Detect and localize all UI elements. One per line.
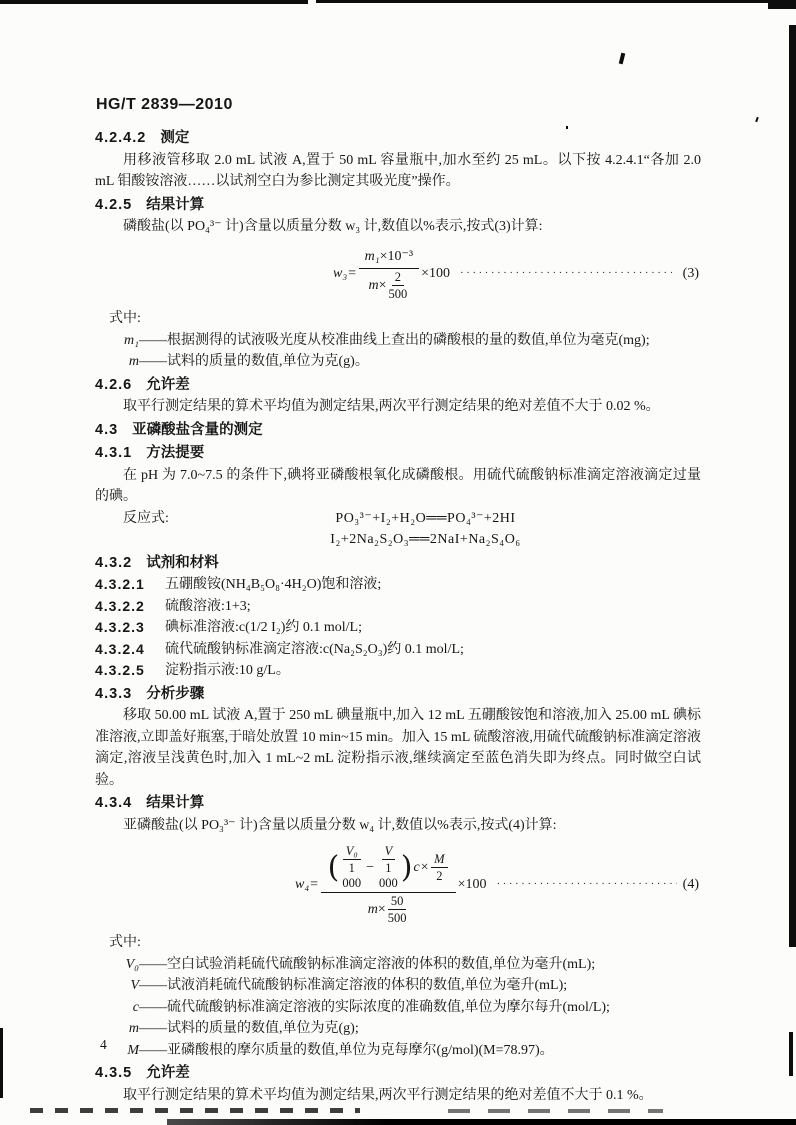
variable-M: M: [431, 852, 447, 868]
formula-3: w₃= m₁×10⁻³ m× 2 500 ×100 ·············: [95, 246, 701, 303]
heading-title: 允许差: [146, 1063, 190, 1085]
heading-number: 4.3.2: [95, 553, 132, 575]
fraction-m2: M 2: [431, 852, 447, 884]
fraction-numerator: ( V₀ 1 000 − V 1 000 ) c× M: [321, 844, 456, 893]
times-sign: ×: [379, 275, 387, 297]
heading-number: 4.3: [95, 420, 118, 442]
variable-m1: m₁: [365, 246, 380, 268]
variable-v: V: [382, 844, 396, 860]
definition-row: m ——试料的质量的数值,单位为克(g)。: [95, 351, 701, 373]
reaction-equation-2: I₂+2Na₂S₂O₃══2NaI+Na₂S₄O₆: [150, 529, 701, 551]
standard-number-header: HG/T 2839—2010: [96, 94, 233, 116]
paragraph-tolerance-1: 取平行测定结果的算术平均值为测定结果,两次平行测定结果的绝对差值不大于 0.02…: [95, 396, 701, 418]
reagent-text: 碘标准溶液:c(1/2 I₂)约 0.1 mol/L;: [165, 617, 362, 639]
scan-artifact-speck: [619, 53, 626, 65]
formula-3-expression: w₃= m₁×10⁻³ m× 2 500 ×100: [333, 246, 450, 303]
dot-leader: ········································…: [497, 874, 677, 896]
variable-v0: V₀: [343, 844, 361, 860]
fraction-inner: 2 500: [389, 270, 408, 302]
definition-term: m: [95, 351, 139, 373]
heading-number: 4.3.5: [95, 1063, 132, 1085]
inner-numerator: 50: [388, 894, 407, 910]
paragraph-formula4-intro: 亚磷酸盐(以 PO₃³⁻ 计)含量以质量分数 w₄ 计,数值以%表示,按式(4)…: [95, 815, 701, 837]
heading-title: 测定: [160, 128, 189, 150]
heading-number: 4.3.4: [95, 793, 132, 815]
heading-43: 4.3 亚磷酸盐含量的测定: [95, 420, 701, 442]
reagent-text: 五硼酸铵(NH₄B₅O₈·4H₂O)饱和溶液;: [165, 574, 381, 596]
multiply-100: ×100: [458, 874, 487, 896]
fraction-v0: V₀ 1 000: [342, 844, 361, 891]
variable-m: m: [369, 275, 379, 297]
fraction-main: m₁×10⁻³ m× 2 500: [359, 246, 419, 303]
heading-title: 结果计算: [146, 195, 204, 217]
where-label: 式中:: [95, 932, 701, 954]
fraction-50-500: 50 500: [388, 894, 407, 926]
denominator-1000: 1 000: [379, 860, 398, 891]
equation-label: (3): [683, 263, 699, 285]
dot-leader: ········································…: [460, 263, 677, 285]
definition-desc: ——试液消耗硫代硫酸钠标准滴定溶液的体积的数值,单位为毫升(mL);: [139, 975, 701, 997]
formula-lhs: w₄=: [295, 874, 319, 896]
definition-row: m₁ ——根据测得的试液吸光度从校准曲线上查出的磷酸根的量的数值,单位为毫克(m…: [95, 330, 701, 352]
page-number: 4: [100, 1034, 107, 1056]
scan-artifact-speck: [566, 126, 568, 129]
heading-title: 亚磷酸盐含量的测定: [132, 420, 263, 442]
formula-lhs: w₃=: [333, 263, 357, 285]
paragraph-formula3-intro: 磷酸盐(以 PO₄³⁻ 计)含量以质量分数 w₃ 计,数值以%表示,按式(3)计…: [95, 216, 701, 238]
heading-title: 结果计算: [146, 793, 204, 815]
fraction-denominator: m× 2 500: [369, 269, 410, 302]
reagent-item: 4.3.2.1 五硼酸铵(NH₄B₅O₈·4H₂O)饱和溶液;: [95, 574, 701, 596]
definition-desc: ——空白试验消耗硫代硫酸钠标准滴定溶液的体积的数值,单位为毫升(mL);: [139, 954, 701, 976]
heading-title: 试剂和材料: [146, 553, 219, 575]
scan-artifact-top-corner: [768, 0, 796, 9]
reagent-text: 淀粉指示液:10 g/L。: [165, 660, 290, 682]
definition-row: c ——硫代硫酸钠标准滴定溶液的实际浓度的准确数值,单位为摩尔每升(mol/L)…: [95, 997, 701, 1019]
definition-row: M ——亚磷酸根的摩尔质量的数值,单位为克每摩尔(g/mol)(M=78.97)…: [95, 1040, 701, 1062]
times-sign: ×: [378, 899, 386, 921]
fraction-main: ( V₀ 1 000 − V 1 000 ) c× M: [321, 844, 456, 926]
heading-435: 4.3.5 允许差: [95, 1063, 701, 1085]
heading-number: 4.2.6: [95, 375, 132, 397]
heading-431: 4.3.1 方法提要: [95, 443, 701, 465]
paragraph-tolerance-2: 取平行测定结果的算术平均值为测定结果,两次平行测定结果的绝对差值不大于 0.1 …: [95, 1085, 701, 1107]
definition-term: V₀: [95, 954, 139, 976]
reagent-item: 4.3.2.2 硫酸溶液:1+3;: [95, 596, 701, 618]
reagent-item: 4.3.2.3 碘标准溶液:c(1/2 I₂)约 0.1 mol/L;: [95, 617, 701, 639]
variable-m: m: [368, 899, 378, 921]
definition-row: m ——试料的质量的数值,单位为克(g);: [95, 1018, 701, 1040]
heading-number: 4.3.1: [95, 443, 132, 465]
scan-artifact-top-left: [0, 0, 308, 4]
definition-desc: ——试料的质量的数值,单位为克(g);: [139, 1018, 701, 1040]
reagent-text: 硫酸溶液:1+3;: [165, 596, 251, 618]
heading-title: 允许差: [146, 375, 190, 397]
heading-number: 4.2.5: [95, 195, 132, 217]
reagent-number: 4.3.2.3: [95, 617, 153, 639]
fraction-v: V 1 000: [379, 844, 398, 891]
where-label: 式中:: [95, 308, 701, 330]
scan-artifact-right-lower: [789, 1032, 793, 1076]
coefficient-c: c×: [414, 857, 430, 879]
reagent-number: 4.3.2.1: [95, 574, 153, 596]
definition-term: c: [95, 997, 139, 1019]
definition-desc: ——根据测得的试液吸光度从校准曲线上查出的磷酸根的量的数值,单位为毫克(mg);: [139, 330, 701, 352]
definition-desc: ——试料的质量的数值,单位为克(g)。: [139, 351, 701, 373]
reaction-label: 反应式:: [123, 508, 169, 530]
inner-denominator: 500: [388, 910, 407, 926]
equation-label: (4): [683, 874, 699, 896]
definition-desc: ——硫代硫酸钠标准滴定溶液的实际浓度的准确数值,单位为摩尔每升(mol/L);: [139, 997, 701, 1019]
reagent-number: 4.3.2.4: [95, 639, 153, 661]
heading-title: 方法提要: [146, 443, 204, 465]
paragraph-method-summary: 在 pH 为 7.0~7.5 的条件下,碘将亚磷酸根氧化成磷酸根。用硫代硫酸钠标…: [95, 465, 701, 508]
inner-numerator: 2: [392, 270, 404, 286]
inner-denominator: 500: [389, 286, 408, 302]
reaction-equation-1: PO₃³⁻+I₂+H₂O══PO₄³⁻+2HI: [150, 508, 701, 530]
definition-term: m₁: [95, 330, 139, 352]
open-paren: (: [328, 853, 340, 883]
formula-4-expression: w₄= ( V₀ 1 000 − V 1 000 ): [295, 844, 487, 926]
close-paren: ): [401, 853, 413, 883]
heading-number: 4.2.4.2: [95, 128, 146, 150]
definition-desc: ——亚磷酸根的摩尔质量的数值,单位为克每摩尔(g/mol)(M=78.97)。: [139, 1040, 701, 1062]
heading-433: 4.3.3 分析步骤: [95, 684, 701, 706]
reagent-item: 4.3.2.4 硫代硫酸钠标准滴定溶液:c(Na₂S₂O₃)约 0.1 mol/…: [95, 639, 701, 661]
heading-number: 4.3.3: [95, 684, 132, 706]
reaction-equations: 反应式: PO₃³⁻+I₂+H₂O══PO₄³⁻+2HI I₂+2Na₂S₂O₃…: [95, 508, 701, 551]
scanned-page: HG/T 2839—2010 4.2.4.2 测定 用移液管移取 2.0 mL …: [0, 0, 796, 1125]
reagent-item: 4.3.2.5 淀粉指示液:10 g/L。: [95, 660, 701, 682]
heading-426: 4.2.6 允许差: [95, 375, 701, 397]
formula-4: w₄= ( V₀ 1 000 − V 1 000 ): [95, 844, 701, 926]
fraction-numerator: m₁×10⁻³: [359, 246, 419, 270]
fraction-denominator: m× 50 500: [368, 893, 409, 926]
reagent-text: 硫代硫酸钠标准滴定溶液:c(Na₂S₂O₃)约 0.1 mol/L;: [165, 639, 464, 661]
scan-artifact-bottom-bar: [167, 1119, 796, 1125]
scan-artifact-speck: [755, 117, 759, 122]
heading-432: 4.3.2 试剂和材料: [95, 553, 701, 575]
heading-434: 4.3.4 结果计算: [95, 793, 701, 815]
paragraph-measurement: 用移液管移取 2.0 mL 试液 A,置于 50 mL 容量瓶中,加水至约 25…: [95, 150, 701, 193]
definition-row: V₀ ——空白试验消耗硫代硫酸钠标准滴定溶液的体积的数值,单位为毫升(mL);: [95, 954, 701, 976]
reagent-number: 4.3.2.5: [95, 660, 153, 682]
numerator-rest: ×10⁻³: [380, 246, 413, 268]
scan-artifact-left-edge: [0, 1028, 3, 1098]
definition-row: V ——试液消耗硫代硫酸钠标准滴定溶液的体积的数值,单位为毫升(mL);: [95, 975, 701, 997]
page-content: 4.2.4.2 测定 用移液管移取 2.0 mL 试液 A,置于 50 mL 容…: [95, 126, 701, 1106]
definition-term: V: [95, 975, 139, 997]
heading-title: 分析步骤: [146, 684, 204, 706]
scan-artifact-right-edge: [789, 25, 796, 947]
minus-sign: −: [366, 857, 374, 879]
heading-4242: 4.2.4.2 测定: [95, 128, 701, 150]
heading-425: 4.2.5 结果计算: [95, 195, 701, 217]
denominator-2: 2: [436, 868, 442, 884]
scan-artifact-top-right: [316, 0, 796, 3]
paragraph-procedure: 移取 50.00 mL 试液 A,置于 250 mL 碘量瓶中,加入 12 mL…: [95, 705, 701, 791]
scan-artifact-bottom-dashes: [30, 1108, 360, 1113]
reagent-number: 4.3.2.2: [95, 596, 153, 618]
denominator-1000: 1 000: [342, 860, 361, 891]
scan-artifact-bottom-dashes-2: [448, 1109, 663, 1113]
multiply-100: ×100: [421, 263, 450, 285]
